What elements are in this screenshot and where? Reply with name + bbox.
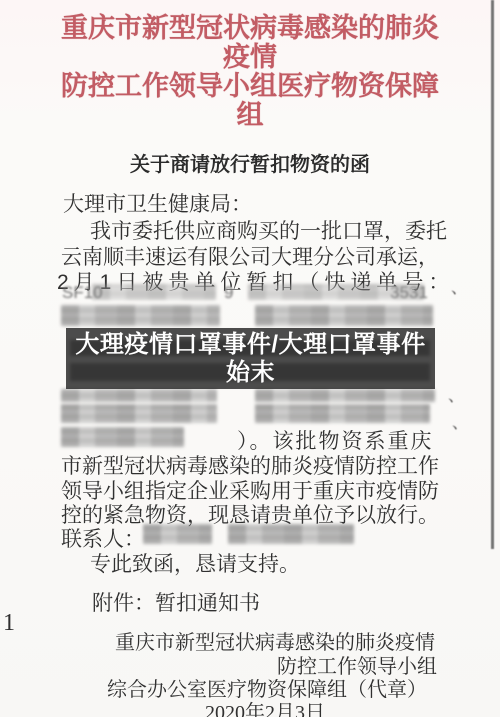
redacted-block: [61, 427, 184, 447]
enumeration-comma: 、: [448, 383, 464, 406]
redacted-block: [61, 305, 220, 326]
signature-date: 2020年2月3日: [205, 696, 325, 717]
redacted-block: [255, 404, 430, 423]
letterhead-line: 重庆市新型冠状病毒感染的肺炎: [0, 14, 500, 43]
redacted-block: [61, 404, 217, 423]
letterhead-line: 防控工作领导小组医疗物资保障: [0, 72, 500, 101]
letter-subject: 关于商请放行暂扣物资的函: [0, 148, 500, 177]
letterhead: 重庆市新型冠状病毒感染的肺炎 疫情 防控工作领导小组医疗物资保障 组: [0, 14, 500, 130]
redacted-block: [61, 389, 217, 402]
closing-line: 专此致函，恳请支持。: [90, 548, 300, 578]
letterhead-line: 组: [0, 101, 500, 130]
letterhead-line: 疫情: [0, 43, 500, 72]
attachment-line: 附件：暂扣通知书: [92, 587, 260, 617]
headline-banner: 大理疫情口罩事件/大理口罩事件始末: [66, 328, 435, 389]
enumeration-comma: 、: [452, 410, 468, 433]
redacted-block: [92, 284, 216, 300]
redacted-block: [255, 389, 435, 402]
headline-banner-text: 大理疫情口罩事件/大理口罩事件始末: [73, 331, 429, 387]
redacted-text-fragment: 9: [224, 283, 233, 303]
document-photo: 重庆市新型冠状病毒感染的肺炎 疫情 防控工作领导小组医疗物资保障 组 关于商请放…: [0, 0, 500, 717]
photo-edge-line: [491, 0, 494, 549]
enumeration-comma: 、: [451, 275, 467, 298]
redacted-block: [248, 284, 424, 300]
redacted-block: [255, 305, 433, 326]
salutation: 大理市卫生健康局：: [63, 188, 252, 218]
page-number: 1: [3, 610, 15, 637]
